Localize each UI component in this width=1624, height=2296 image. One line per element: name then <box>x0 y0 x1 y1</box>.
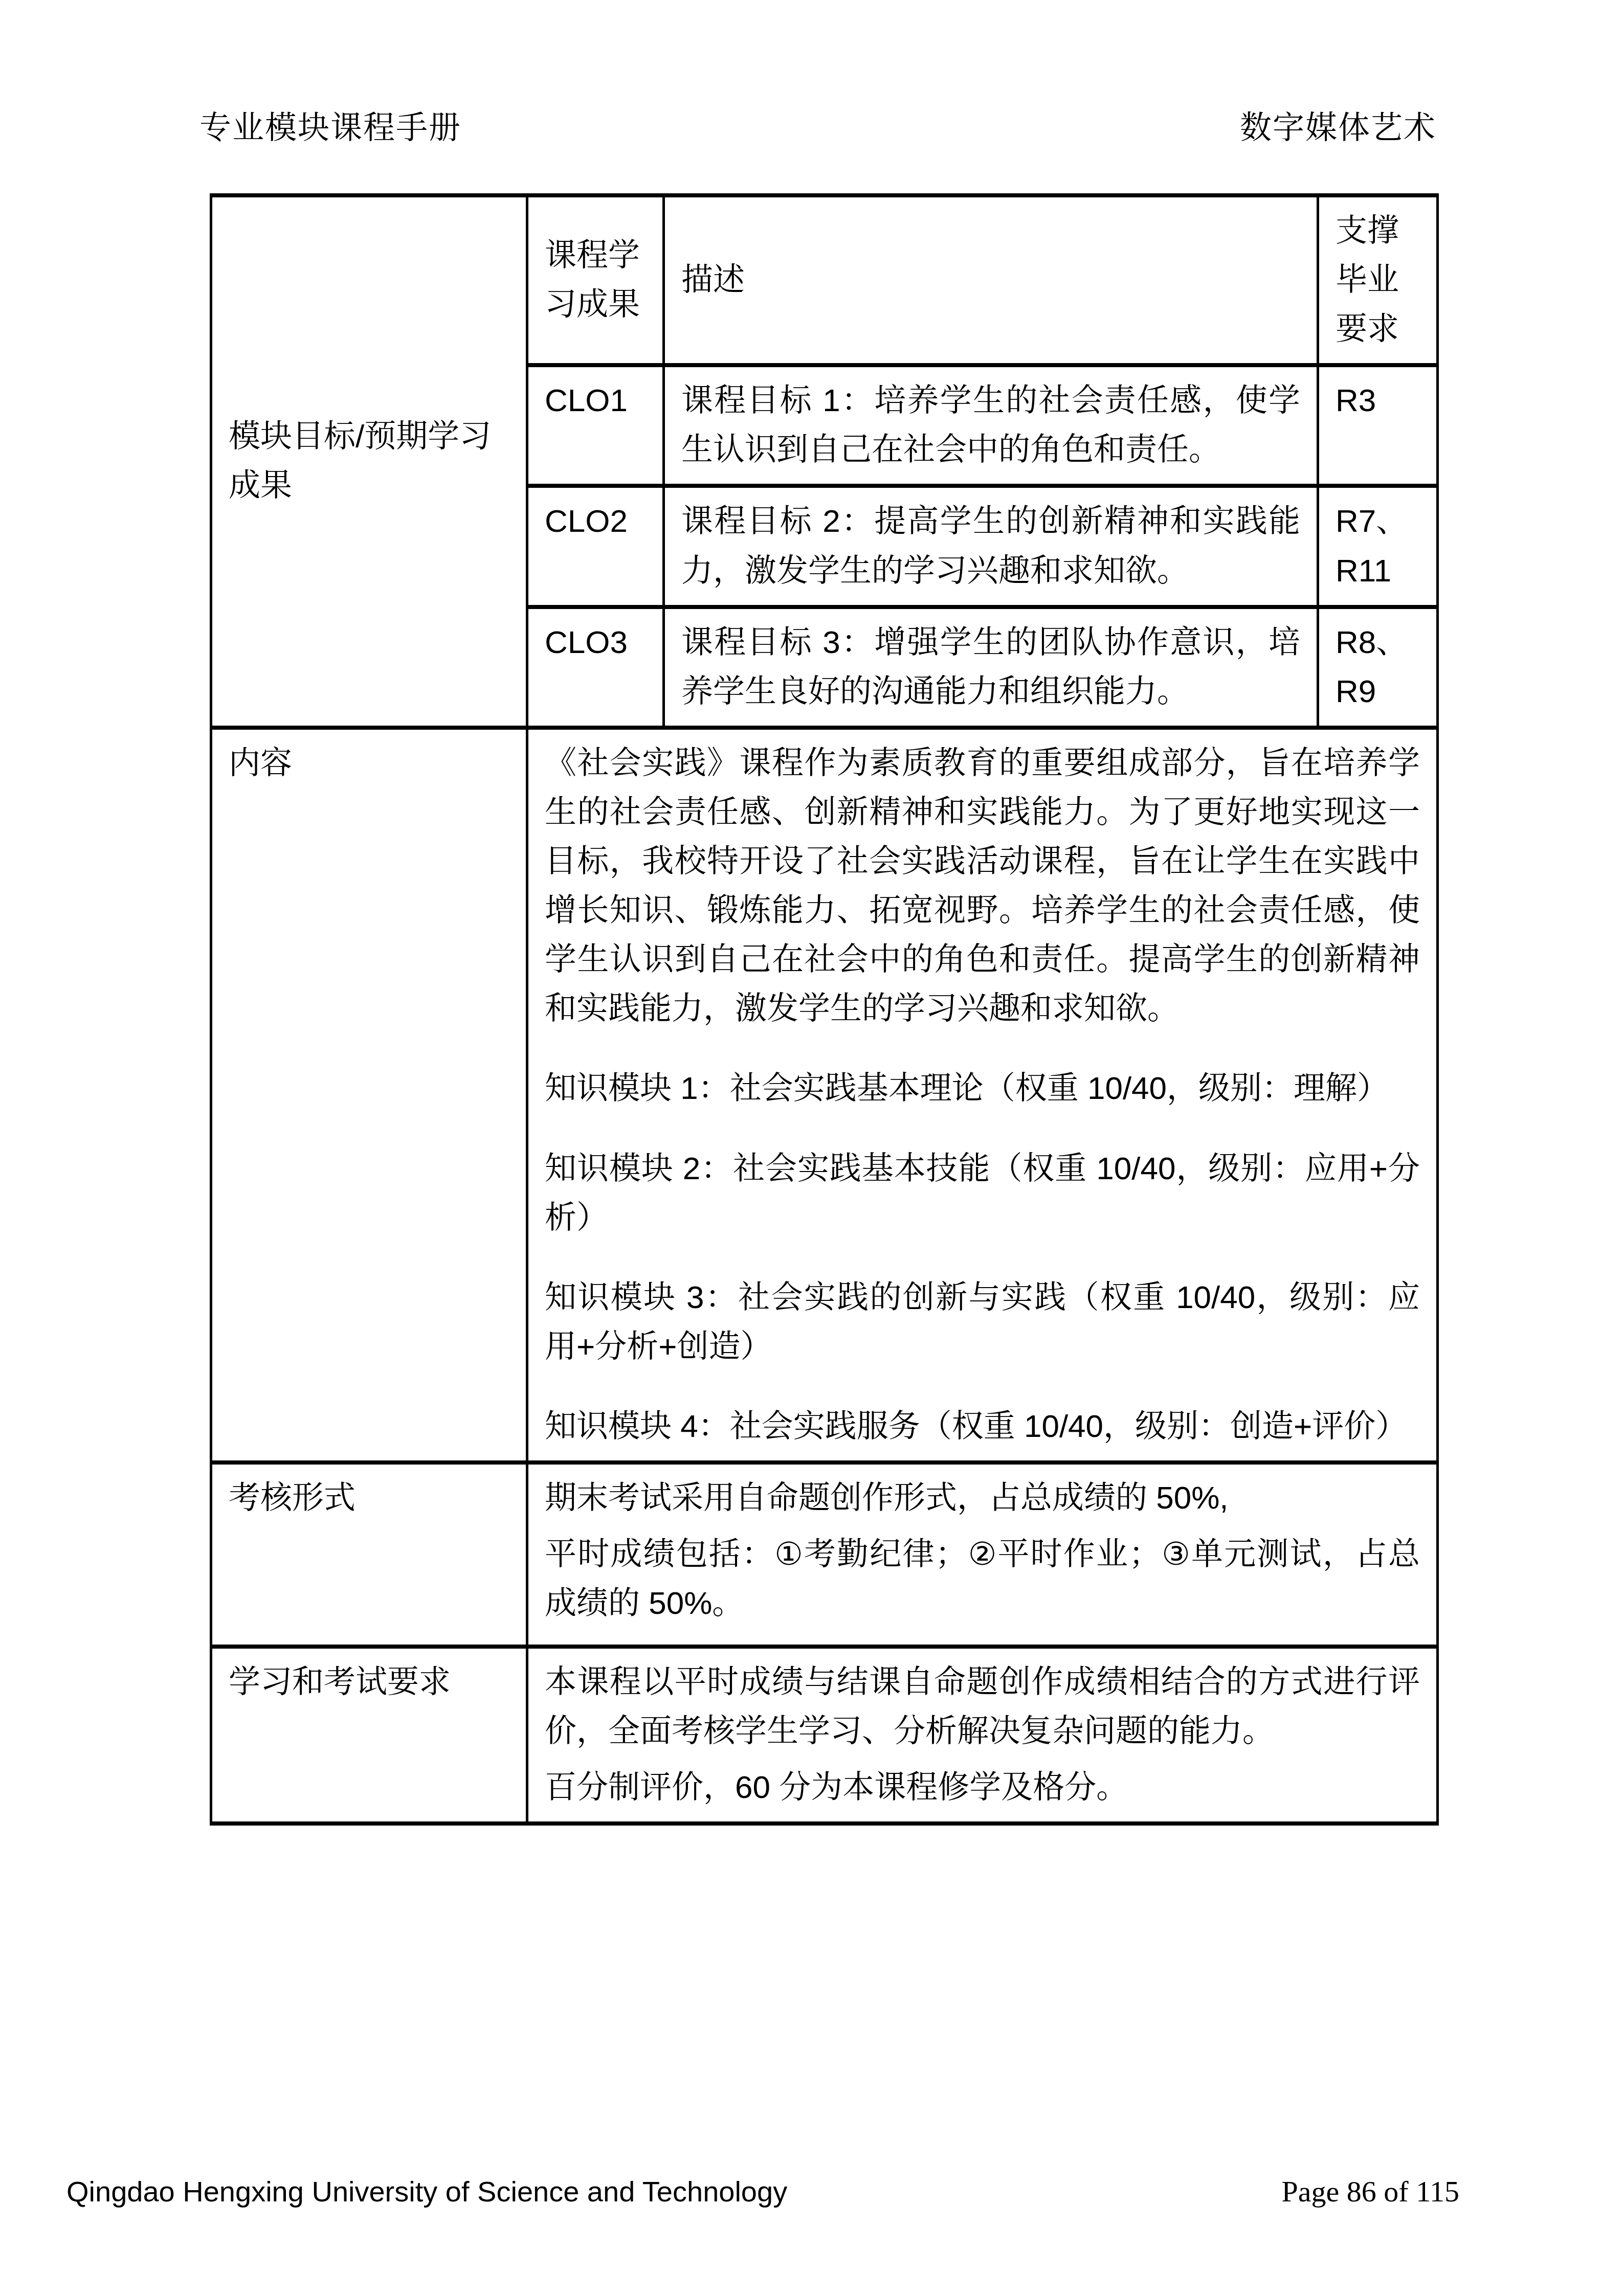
content-intro-paragraph: 《社会实践》课程作为素质教育的重要组成部分，旨在培养学生的社会责任感、创新精神和… <box>545 739 1420 1034</box>
document-page: 专业模块课程手册 数字媒体艺术 模块目标/预期学习成果 课程学习成果 描述 支撑… <box>0 0 1624 2296</box>
clo2-supported-requirements: R7、R11 <box>1318 486 1438 606</box>
knowledge-module-4: 知识模块 4：社会实践服务（权重 10/40，级别：创造+评价） <box>545 1402 1420 1451</box>
assessment-row-body: 期末考试采用自命题创作形式，占总成绩的 50%, 平时成绩包括：①考勤纪律；②平… <box>527 1462 1438 1647</box>
assessment-line-2: 平时成绩包括：①考勤纪律；②平时作业；③单元测试，占总成绩的 50%。 <box>545 1530 1420 1628</box>
requirements-row-label: 学习和考试要求 <box>211 1647 527 1824</box>
clo3-description: 课程目标 3：增强学生的团队协作意识，培养学生良好的沟通能力和组织能力。 <box>664 607 1318 728</box>
assessment-row-label: 考核形式 <box>211 1462 527 1647</box>
header-cell-description: 描述 <box>664 195 1318 365</box>
clo3-code: CLO3 <box>527 607 664 728</box>
footer-institution-name: Qingdao Hengxing University of Science a… <box>66 2175 787 2208</box>
table-row-assessment: 考核形式 期末考试采用自命题创作形式，占总成绩的 50%, 平时成绩包括：①考勤… <box>211 1462 1438 1647</box>
table-row-content: 内容 《社会实践》课程作为素质教育的重要组成部分，旨在培养学生的社会责任感、创新… <box>211 728 1438 1462</box>
clo2-description: 课程目标 2：提高学生的创新精神和实践能力，激发学生的学习兴趣和求知欲。 <box>664 486 1318 606</box>
knowledge-module-2: 知识模块 2：社会实践基本技能（权重 10/40，级别：应用+分析） <box>545 1144 1420 1243</box>
requirements-line-2: 百分制评价，60 分为本课程修学及格分。 <box>545 1763 1420 1812</box>
header-cell-module-objectives: 模块目标/预期学习成果 <box>211 195 527 728</box>
clo3-supported-requirements: R8、R9 <box>1318 607 1438 728</box>
assessment-line-1: 期末考试采用自命题创作形式，占总成绩的 50%, <box>545 1474 1420 1523</box>
table-row-requirements: 学习和考试要求 本课程以平时成绩与结课自命题创作成绩相结合的方式进行评价，全面考… <box>211 1647 1438 1824</box>
requirements-row-body: 本课程以平时成绩与结课自命题创作成绩相结合的方式进行评价，全面考核学生学习、分析… <box>527 1647 1438 1824</box>
header-left-title: 专业模块课程手册 <box>199 102 461 148</box>
page-header: 专业模块课程手册 数字媒体艺术 <box>199 102 1436 148</box>
table-header-row: 模块目标/预期学习成果 课程学习成果 描述 支撑毕业要求 <box>211 195 1438 365</box>
clo2-code: CLO2 <box>527 486 664 606</box>
content-row-label: 内容 <box>211 728 527 1462</box>
clo1-description: 课程目标 1：培养学生的社会责任感，使学生认识到自己在社会中的角色和责任。 <box>664 365 1318 486</box>
header-cell-clo: 课程学习成果 <box>527 195 664 365</box>
header-cell-supported-requirements: 支撑毕业要求 <box>1318 195 1438 365</box>
page-footer: Qingdao Hengxing University of Science a… <box>66 2174 1459 2209</box>
content-row-body: 《社会实践》课程作为素质教育的重要组成部分，旨在培养学生的社会责任感、创新精神和… <box>527 728 1438 1462</box>
footer-page-number: Page 86 of 115 <box>1282 2174 1459 2209</box>
header-right-title: 数字媒体艺术 <box>1240 102 1436 148</box>
knowledge-module-3: 知识模块 3：社会实践的创新与实践（权重 10/40，级别：应用+分析+创造） <box>545 1273 1420 1371</box>
requirements-line-1: 本课程以平时成绩与结课自命题创作成绩相结合的方式进行评价，全面考核学生学习、分析… <box>545 1658 1420 1756</box>
clo1-supported-requirements: R3 <box>1318 365 1438 486</box>
clo1-code: CLO1 <box>527 365 664 486</box>
knowledge-module-1: 知识模块 1：社会实践基本理论（权重 10/40，级别：理解） <box>545 1064 1420 1113</box>
course-outcomes-table: 模块目标/预期学习成果 课程学习成果 描述 支撑毕业要求 CLO1 课程目标 1… <box>210 193 1439 1826</box>
